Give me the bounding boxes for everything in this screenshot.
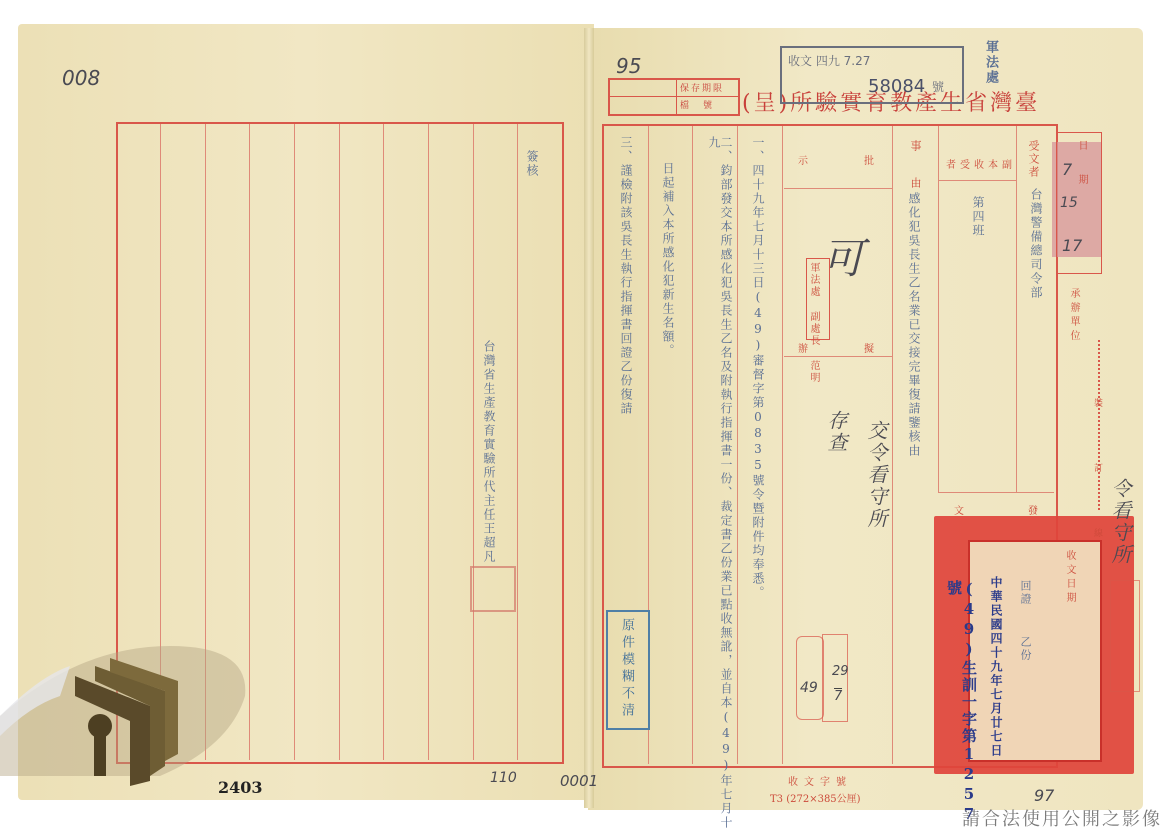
grid-line <box>383 124 384 760</box>
page-fold <box>584 28 594 808</box>
grid-line <box>737 126 738 764</box>
dispatch-date-label: 收文日期 <box>1064 550 1074 606</box>
file-number-label: 檔號 <box>680 98 726 111</box>
reviewer-seal-text: 軍法處 副處長 范明 <box>808 262 818 384</box>
draft-note-transfer: 交令看守所 <box>866 420 886 530</box>
body-item-2: 二、鈞部發交本所感化犯吳長生乙名及附執行指揮書一份、裁定書乙份業已點收無訛，並自… <box>708 136 732 834</box>
receipt-number-label: 收文字號 <box>788 773 852 788</box>
margin-seal <box>1110 580 1140 692</box>
instruction-label: 批示 <box>798 152 930 167</box>
body-item-1: 一、四十九年七月十三日(49)審督字第0835號令暨附件均奉悉。 <box>752 136 764 600</box>
storage-period-label: 保存期限 <box>680 81 724 94</box>
received-number: 58084 <box>868 76 925 97</box>
grid-line <box>294 124 295 760</box>
reply-label: 簽核 <box>526 150 538 178</box>
receiving-unit-stamp: 軍法處 <box>984 40 997 85</box>
illegible-stamp-text: 原件模糊不清 <box>620 618 633 720</box>
dispatch-copy-count: 乙份 <box>1020 636 1031 662</box>
received-suffix: 號 <box>932 78 944 95</box>
grid-line <box>938 492 1054 493</box>
draft-note-store: 存查 <box>826 410 846 454</box>
grid-line <box>938 180 1016 181</box>
dispatch-doc-number: (49)生訓一字第1257號 <box>946 580 976 834</box>
date-day-a: 15 <box>1060 195 1078 211</box>
signature: 台灣省生產教育實驗所代主任王超凡 <box>483 340 495 564</box>
dispatch-copy-label: 回證 <box>1020 580 1031 606</box>
binding-line-label: 裝訂線 <box>1092 398 1101 593</box>
grid-line <box>892 126 893 764</box>
received-date: 收文 四九 7.27 <box>788 52 870 69</box>
recipient-value: 台灣警備總司令部 <box>1030 188 1042 300</box>
body-item-4: 三、謹檢附該吳長生執行指揮書回證乙份復請 <box>620 136 632 416</box>
watermark: 請合法使用公開之影像 <box>962 805 1162 831</box>
grid-line <box>784 356 892 357</box>
handling-unit-label: 承辦單位 <box>1068 288 1078 344</box>
seal-fraction-top: 29 <box>832 664 849 679</box>
grid-line <box>517 124 518 760</box>
grid-line <box>1016 126 1017 492</box>
grid-line <box>692 126 693 764</box>
date-seal-1 <box>796 636 824 720</box>
seal-signature <box>470 566 516 612</box>
page-mark-left: 008 <box>62 66 100 90</box>
storage-period-box: 保存期限 檔號 <box>608 78 740 116</box>
archive-logo-icon <box>0 636 250 786</box>
handwritten-110: 110 <box>490 770 517 786</box>
subject-value: 感化犯吳長生乙名業已交接完畢復請鑒核由 <box>908 192 920 458</box>
handwritten-0001: 0001 <box>560 772 598 790</box>
form-code: T3 (272×385公厘) <box>770 790 861 805</box>
copy-recipient-label: 副本收受者 <box>946 156 1016 171</box>
archive-number: 2403 <box>218 778 263 797</box>
date-day-b: 17 <box>1062 236 1082 255</box>
seal-fraction-bottom: 7 <box>834 688 842 704</box>
grid-line <box>428 124 429 760</box>
grid-line <box>782 126 783 764</box>
handwritten-97: 97 <box>1034 786 1054 805</box>
seal-initials: 49 <box>800 680 818 696</box>
grid-line <box>473 124 474 760</box>
margin-note: 令看守所 <box>1110 478 1130 566</box>
illegible-stamp: 原件模糊不清 <box>606 610 650 730</box>
recipient-label: 受文者 <box>1028 140 1039 179</box>
date-month: 7 <box>1062 160 1072 179</box>
body-item-3: 日起補入本所感化犯新生名額。 <box>662 162 674 358</box>
copy-recipient-value: 第四班 <box>972 196 984 238</box>
received-stamp: 收文 四九 7.27 58084 號 <box>780 46 964 104</box>
dispatch-date: 中華民國四十九年七月廿七日 <box>990 576 1002 758</box>
send-label: 發文 <box>954 502 1102 517</box>
grid-line <box>339 124 340 760</box>
page-mark-top: 95 <box>616 54 641 78</box>
grid-line <box>784 188 892 189</box>
